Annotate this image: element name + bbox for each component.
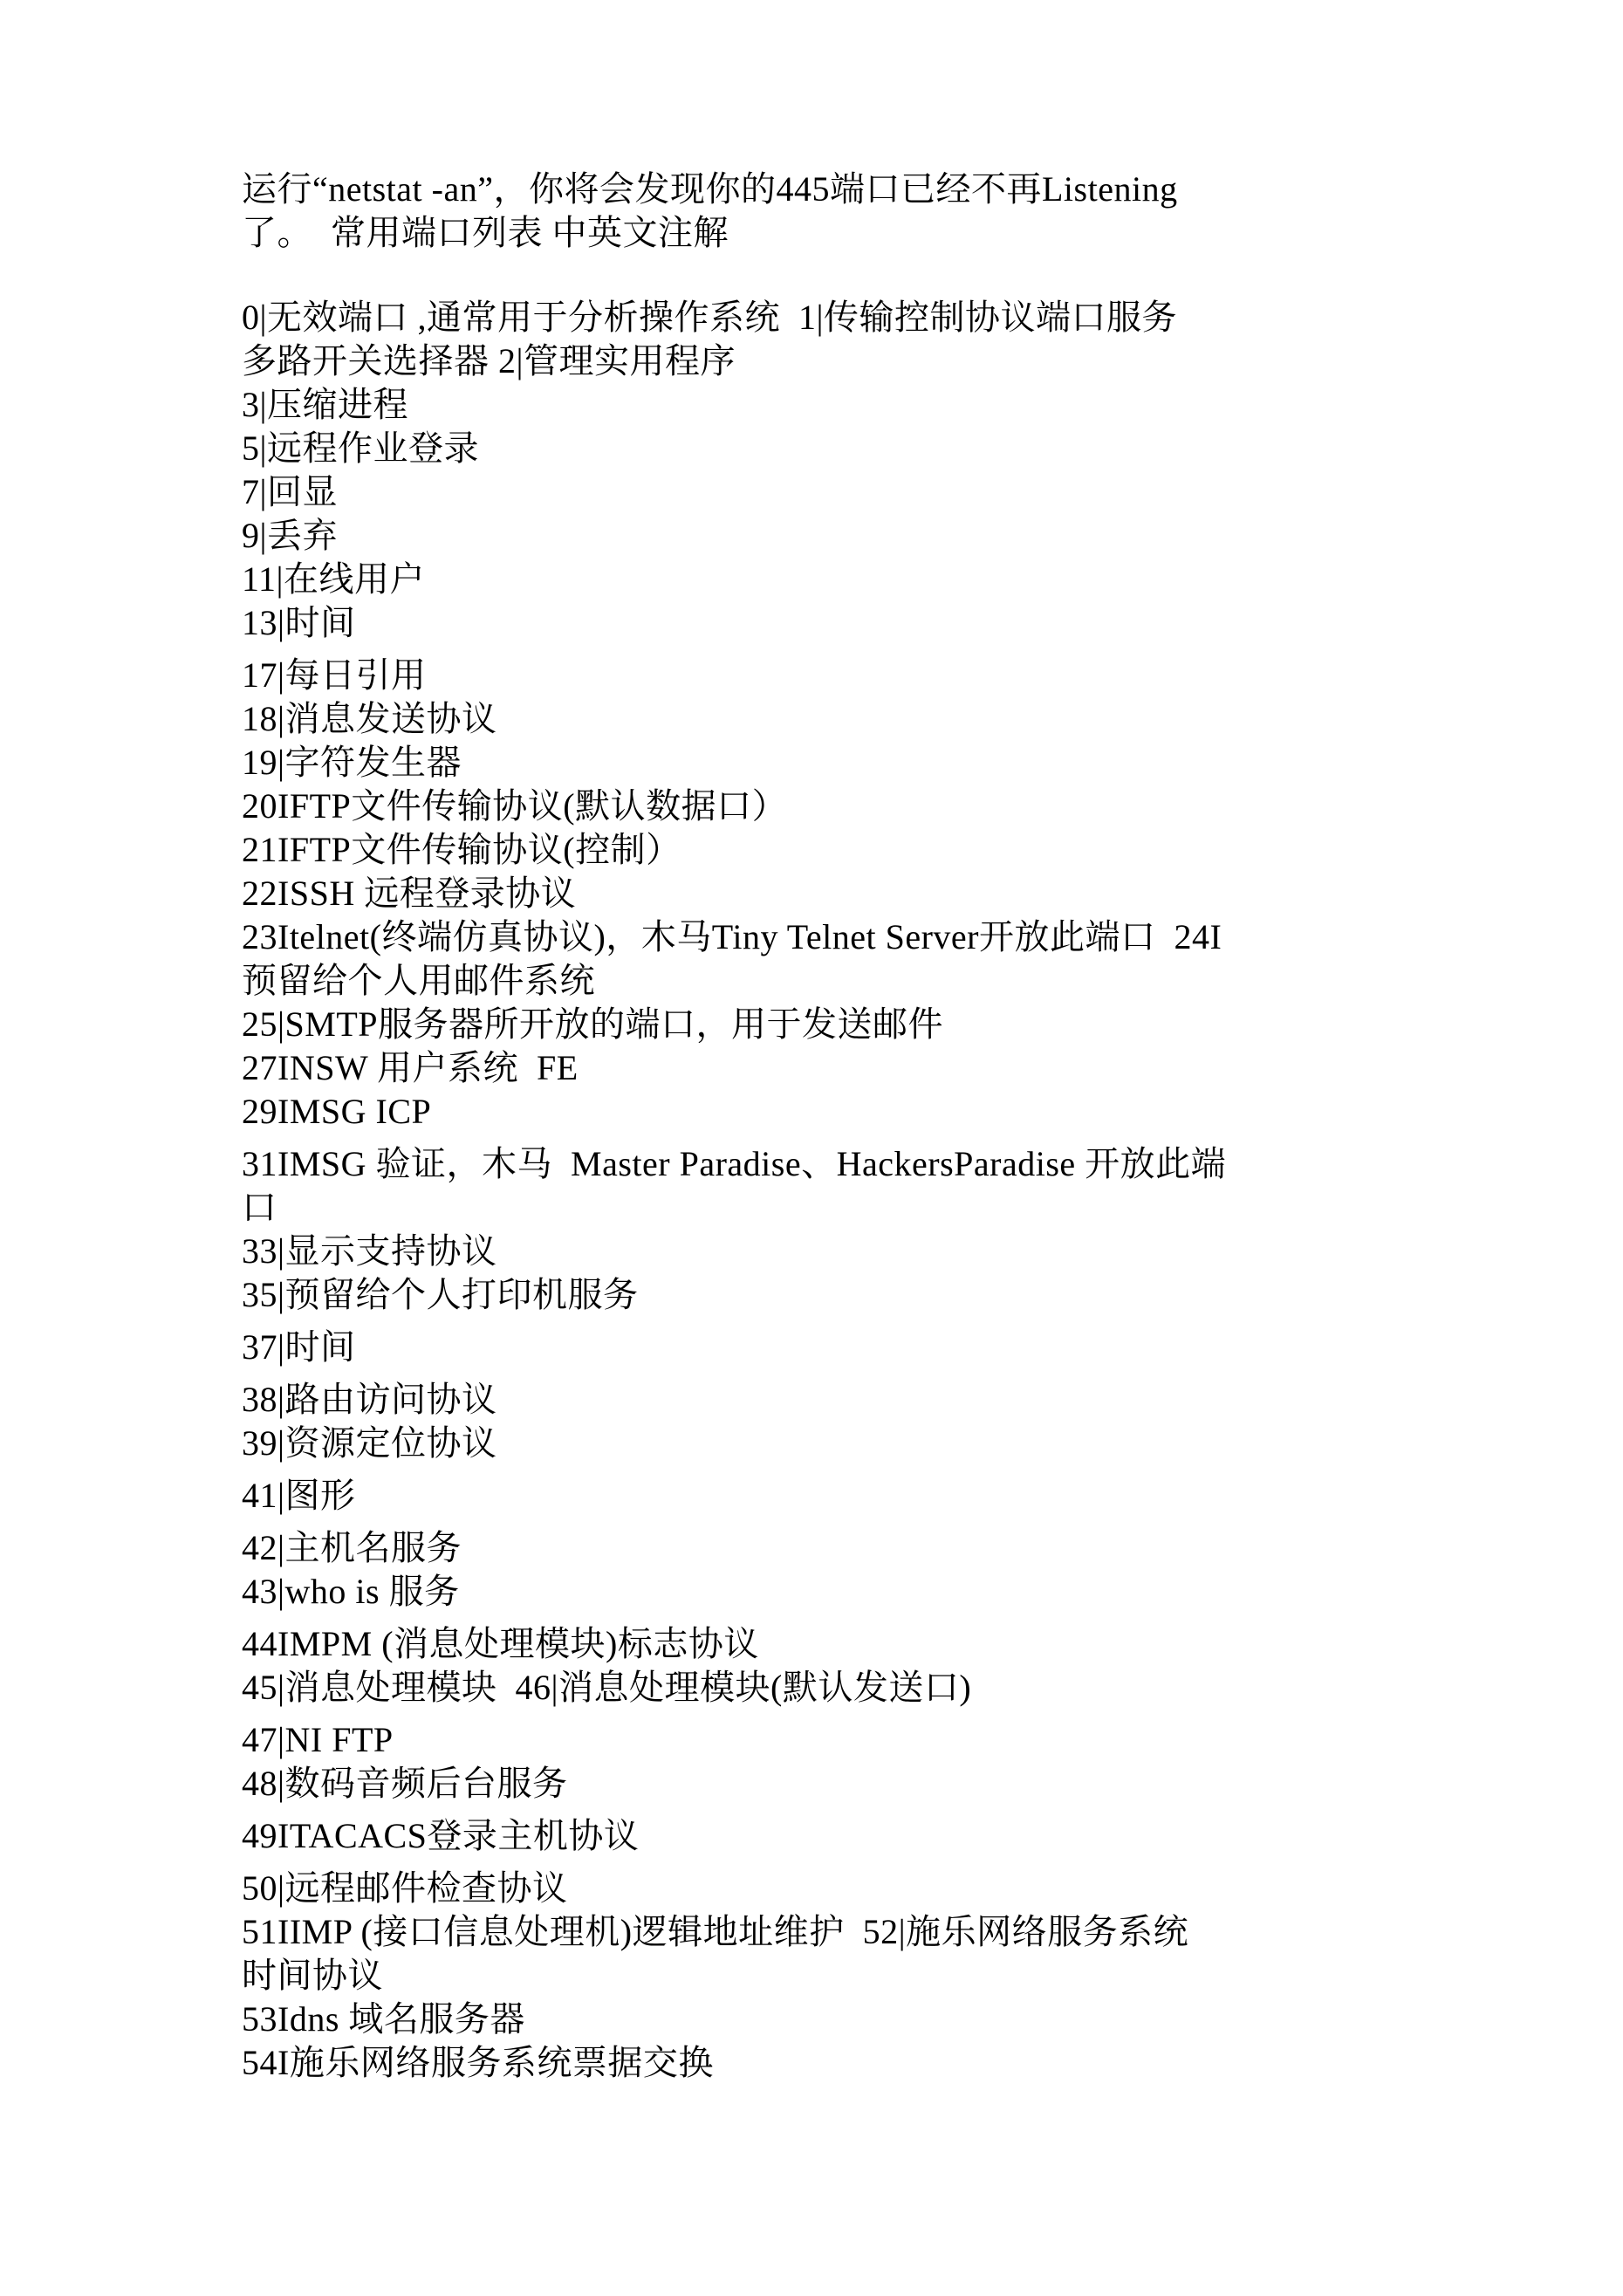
text-line: 29IMSG ICP <box>242 1090 1394 1134</box>
text-line: 41|图形 <box>242 1474 1394 1518</box>
text-line: 33|显示支持协议 <box>242 1230 1394 1273</box>
text-line: 51IIMP (接口信息处理机)逻辑地址维护 52|施乐网络服务系统 <box>242 1910 1394 1954</box>
text-line: 45|消息处理模块 46|消息处理模块(默认发送口) <box>242 1666 1394 1710</box>
text-line: 42|主机名服务 <box>242 1526 1394 1570</box>
text-line: 27INSW 用户系统 FE <box>242 1046 1394 1090</box>
text-line: 23Itelnet(终端仿真协议)，木马Tiny Telnet Server开放… <box>242 915 1394 959</box>
document-text-block: 运行“netstat -an”，你将会发现你的445端口已经不再Listenin… <box>242 168 1394 2085</box>
text-line: 25|SMTP服务器所开放的端口，用于发送邮件 <box>242 1003 1394 1046</box>
text-line: 44IMPM (消息处理模块)标志协议 <box>242 1622 1394 1666</box>
text-line: 31IMSG 验证，木马 Master Paradise、HackersPara… <box>242 1142 1394 1186</box>
text-line: 18|消息发送协议 <box>242 697 1394 741</box>
text-line: 49ITACACS登录主机协议 <box>242 1814 1394 1858</box>
document-page: 运行“netstat -an”，你将会发现你的445端口已经不再Listenin… <box>0 0 1623 2296</box>
text-line: 35|预留给个人打印机服务 <box>242 1273 1394 1317</box>
text-line: 5|远程作业登录 <box>242 427 1394 470</box>
text-line: 9|丢弃 <box>242 514 1394 558</box>
text-line: 了。 常用端口列表 中英文注解 <box>242 211 1394 255</box>
text-line: 时间协议 <box>242 1954 1394 1998</box>
text-line: 运行“netstat -an”，你将会发现你的445端口已经不再Listenin… <box>242 168 1394 211</box>
text-line: 22ISSH 远程登录协议 <box>242 872 1394 915</box>
text-line: 多路开关选择器 2|管理实用程序 <box>242 339 1394 383</box>
text-line: 53Idns 域名服务器 <box>242 1998 1394 2041</box>
text-line: 19|字符发生器 <box>242 741 1394 785</box>
text-line: 3|压缩进程 <box>242 383 1394 427</box>
text-line: 17|每日引用 <box>242 654 1394 697</box>
text-line: 50|远程邮件检查协议 <box>242 1867 1394 1910</box>
text-line: 39|资源定位协议 <box>242 1422 1394 1465</box>
text-line: 13|时间 <box>242 601 1394 645</box>
text-line: 预留给个人用邮件系统 <box>242 959 1394 1003</box>
text-line: 54I施乐网络服务系统票据交换 <box>242 2041 1394 2085</box>
text-line: 20IFTP文件传输协议(默认数据口） <box>242 785 1394 828</box>
text-line: 47|NI FTP <box>242 1718 1394 1762</box>
text-line: 37|时间 <box>242 1326 1394 1369</box>
text-line: 38|路由访问协议 <box>242 1378 1394 1422</box>
text-line: 7|回显 <box>242 470 1394 514</box>
text-line: 0|无效端口 ,通常用于分析操作系统 1|传输控制协议端口服务 <box>242 296 1394 339</box>
text-line: 口 <box>242 1186 1394 1230</box>
text-line: 21IFTP文件传输协议(控制） <box>242 828 1394 872</box>
text-line: 11|在线用户 <box>242 558 1394 601</box>
text-line: 48|数码音频后台服务 <box>242 1762 1394 1806</box>
text-line: 43|who is 服务 <box>242 1570 1394 1614</box>
